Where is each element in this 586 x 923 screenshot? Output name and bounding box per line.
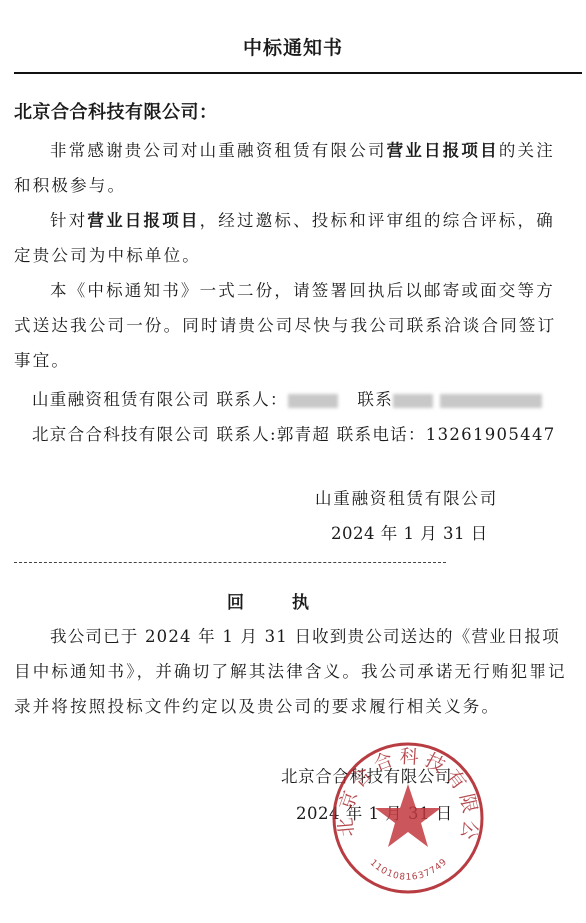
receipt-line-1: 我公司已于 2024 年 1 月 31 日收到贵公司送达的《营业日报项 (50, 623, 560, 647)
svg-text:1101081637749: 1101081637749 (368, 857, 450, 883)
text: 的关注 (499, 141, 555, 160)
addressee: 北京合合科技有限公司： (14, 98, 218, 124)
redacted-contact-person (288, 394, 338, 408)
receipt-title-left: 回 (227, 588, 244, 613)
paragraph-3-line-1: 本《中标通知书》一式二份，请签署回执后以邮寄或面交等方 (50, 277, 555, 301)
paragraph-3-line-2: 式送达我公司一份。同时请贵公司尽快与我公司联系洽谈合同签订 (14, 312, 556, 336)
cut-line (14, 562, 446, 563)
company-seal-icon: 北京合合科技有限公司 1101081637749 (330, 740, 486, 896)
seal-code: 1101081637749 (368, 857, 450, 883)
document-title: 中标通知书 (0, 33, 586, 60)
paragraph-1-line-1: 非常感谢贵公司对山重融资租赁有限公司营业日报项目的关注 (50, 137, 555, 161)
paragraph-2-line-1: 针对营业日报项目，经过邀标、投标和评审组的综合评标，确 (50, 207, 555, 231)
redacted-contact-phone (440, 394, 542, 408)
contact-row-bidder: 北京合合科技有限公司 联系人:郭青超 联系电话：13261905447 (32, 421, 556, 445)
text: 针对 (50, 211, 87, 230)
contact-row-lessor: 山重融资租赁有限公司 联系人： 联系 (32, 386, 542, 410)
text: 非常感谢贵公司对山重融资租赁有限公司 (50, 141, 387, 160)
contact-person-label: 联系人: (217, 425, 277, 444)
text: ，经过邀标、投标和评审组的综合评标，确 (200, 211, 555, 230)
receipt-title-right: 执 (292, 588, 309, 613)
contact-company: 北京合合科技有限公司 (32, 425, 210, 444)
contact-phone-label: 联系电话： (337, 425, 426, 444)
paragraph-3-line-3: 事宜。 (14, 347, 70, 371)
title-divider (14, 72, 582, 74)
paragraph-1-line-2: 和积极参与。 (14, 172, 126, 196)
contact-person-label: 联系人： (217, 390, 288, 409)
receipt-line-3: 录并将按照投标文件约定以及贵公司的要求履行相关义务。 (14, 693, 500, 717)
project-name: 营业日报项目 (87, 211, 199, 230)
contact-phone: 13261905447 (426, 425, 556, 444)
project-name: 营业日报项目 (387, 141, 499, 160)
contact-person: 郭青超 (277, 425, 330, 444)
receipt-line-2: 目中标通知书》，并确切了解其法律含义。我公司承诺无行贿犯罪记 (14, 658, 567, 682)
contact-company: 山重融资租赁有限公司 (32, 390, 210, 409)
paragraph-2-line-2: 定贵公司为中标单位。 (14, 242, 201, 266)
redacted-phone-label (393, 394, 433, 408)
issuer-date: 2024 年 1 月 31 日 (331, 520, 488, 544)
issuer-company: 山重融资租赁有限公司 (315, 485, 498, 509)
